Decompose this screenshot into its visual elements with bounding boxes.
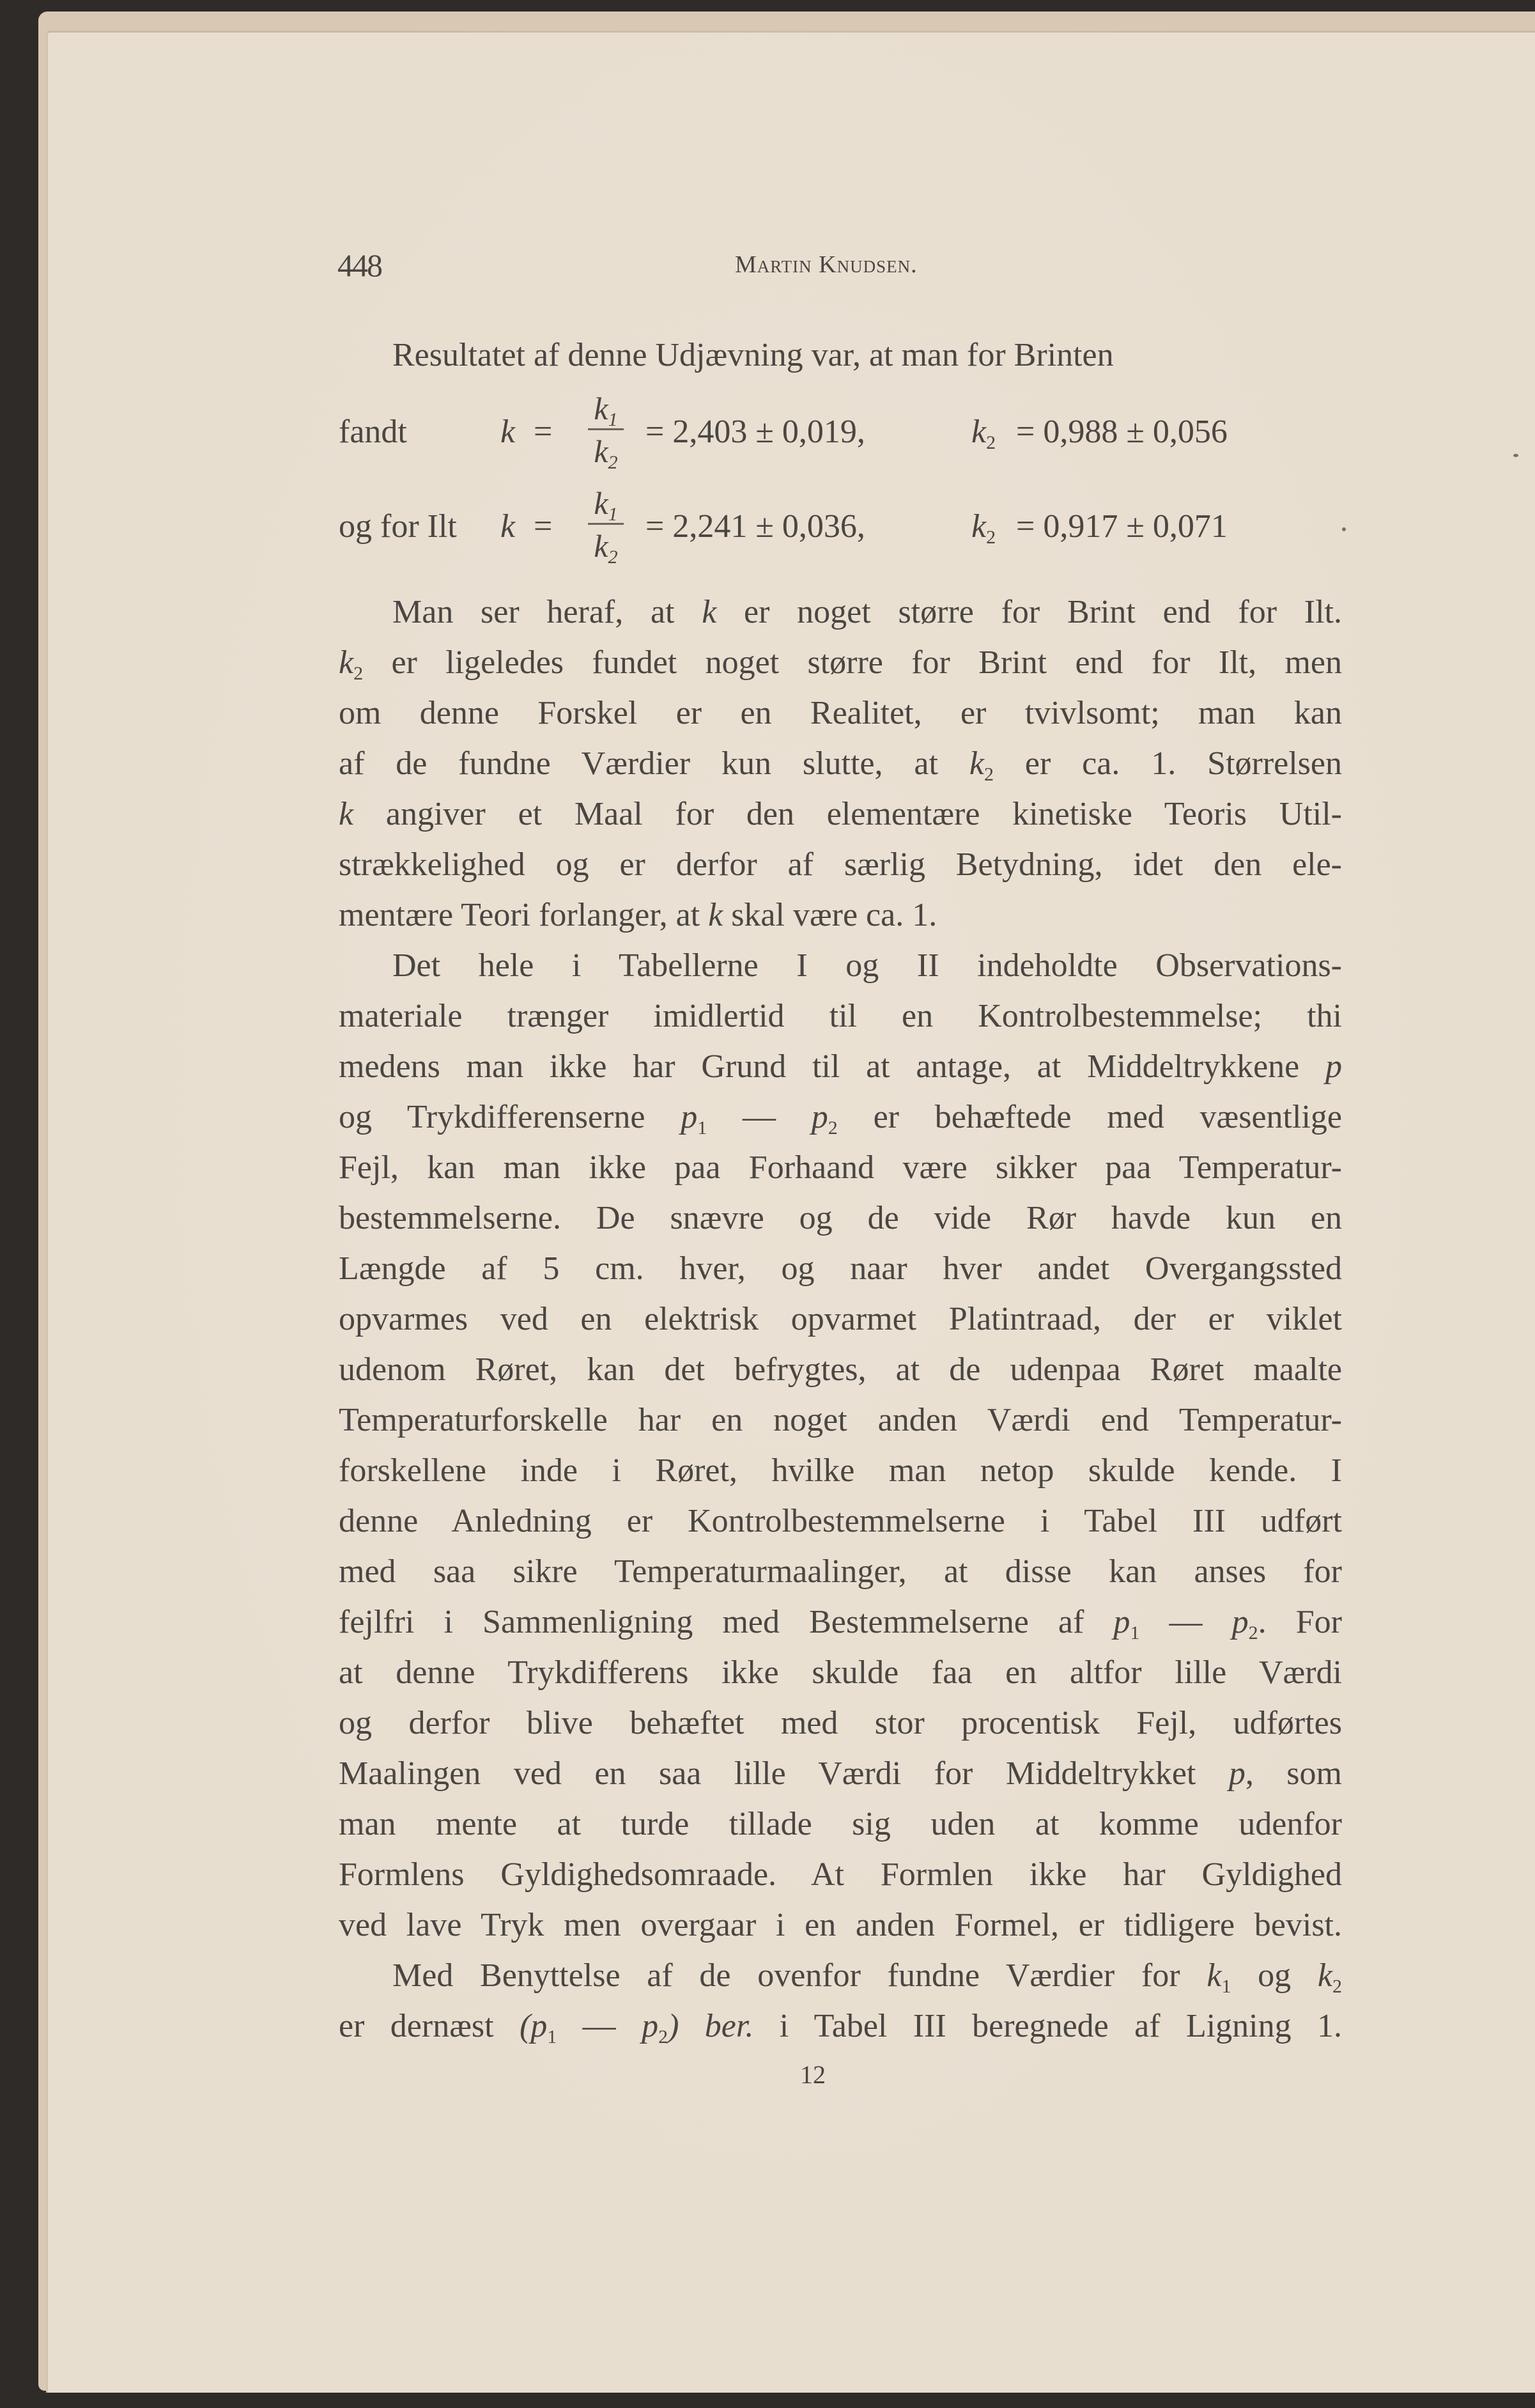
formula-k-value-brint: = 2,403 ± 0,019, [645, 413, 865, 451]
formula-k2-value-ilt: = 0,917 ± 0,071 [1016, 508, 1228, 545]
text-line: ved lave Tryk men overgaar i en anden Fo… [339, 1909, 1342, 1942]
paper-speck [1513, 454, 1518, 457]
text-line: forskellene inde i Røret, hvilke man net… [339, 1454, 1342, 1488]
formula-k-ilt: k [500, 508, 515, 545]
page-number: 448 [337, 247, 382, 284]
text-line: k angiver et Maal for den elementære kin… [339, 798, 1342, 831]
text-line: fejlfri i Sammenligning med Bestemmelser… [339, 1606, 1342, 1639]
text-line: Fejl, kan man ikke paa Forhaand være sik… [339, 1151, 1342, 1185]
formula-k-value-ilt: = 2,241 ± 0,036, [645, 508, 865, 545]
text-line: denne Anledning er Kontrolbestemmelserne… [339, 1505, 1342, 1538]
text-line: Maalingen ved en saa lille Værdi for Mid… [339, 1757, 1342, 1790]
text-line: bestemmelserne. De snævre og de vide Rør… [339, 1202, 1342, 1235]
text-line: strækkelighed og er derfor af særlig Bet… [339, 848, 1342, 882]
text-line: medens man ikke har Grund til at antage,… [339, 1050, 1342, 1084]
text-line: mentære Teori forlanger, at k skal være … [339, 899, 1342, 932]
fraction-k1-k2-ilt: k1 k2 [588, 487, 624, 562]
running-title: Martin Knudsen. [735, 251, 918, 279]
text-line: Det hele i Tabellerne I og II indeholdte… [392, 949, 1342, 983]
text-line: man mente at turde tillade sig uden at k… [339, 1808, 1342, 1841]
paper-speck [1342, 527, 1346, 531]
formula-eq-brint: = [534, 413, 552, 451]
text-line: Temperaturforskelle har en noget anden V… [339, 1404, 1342, 1437]
text-line: at denne Trykdifferens ikke skulde faa e… [339, 1656, 1342, 1689]
formula-k2-ilt: k2 [971, 508, 996, 545]
signature-mark: 12 [800, 2060, 826, 2090]
text-line: Med Benyttelse af de ovenfor fundne Værd… [392, 1959, 1342, 1992]
text-line: om denne Forskel er en Realitet, er tviv… [339, 697, 1342, 730]
formula-eq-ilt: = [534, 508, 552, 545]
formula-k-brint: k [500, 413, 515, 451]
text-line: opvarmes ved en elektrisk opvarmet Plati… [339, 1303, 1342, 1336]
text-line: og derfor blive behæftet med stor procen… [339, 1707, 1342, 1740]
formula-k2-brint: k2 [971, 413, 996, 451]
text-line: med saa sikre Temperaturmaalinger, at di… [339, 1555, 1342, 1589]
formula-label-brint: fandt [339, 413, 407, 451]
text-line: Længde af 5 cm. hver, og naar hver andet… [339, 1252, 1342, 1286]
text-line: udenom Røret, kan det befrygtes, at de u… [339, 1353, 1342, 1387]
fraction-k1-k2-brint: k1 k2 [588, 392, 624, 467]
text-line: Formlens Gyldighedsomraade. At Formlen i… [339, 1858, 1342, 1891]
formula-k2-value-brint: = 0,988 ± 0,056 [1016, 413, 1228, 451]
intro-line: Resultatet af denne Udjævning var, at ma… [392, 339, 1342, 372]
text-line: er dernæst (p1 — p2) ber. i Tabel III be… [339, 2010, 1342, 2043]
text-line: af de fundne Værdier kun slutte, at k2 e… [339, 747, 1342, 781]
formula-label-ilt: og for Ilt [339, 508, 457, 545]
text-line: Man ser heraf, at k er noget større for … [392, 596, 1342, 629]
text-line: k2 er ligeledes fundet noget større for … [339, 646, 1342, 680]
text-line: materiale trænger imidlertid til en Kont… [339, 1000, 1342, 1033]
text-line: og Trykdifferenserne p1 — p2 er behæfted… [339, 1101, 1342, 1134]
